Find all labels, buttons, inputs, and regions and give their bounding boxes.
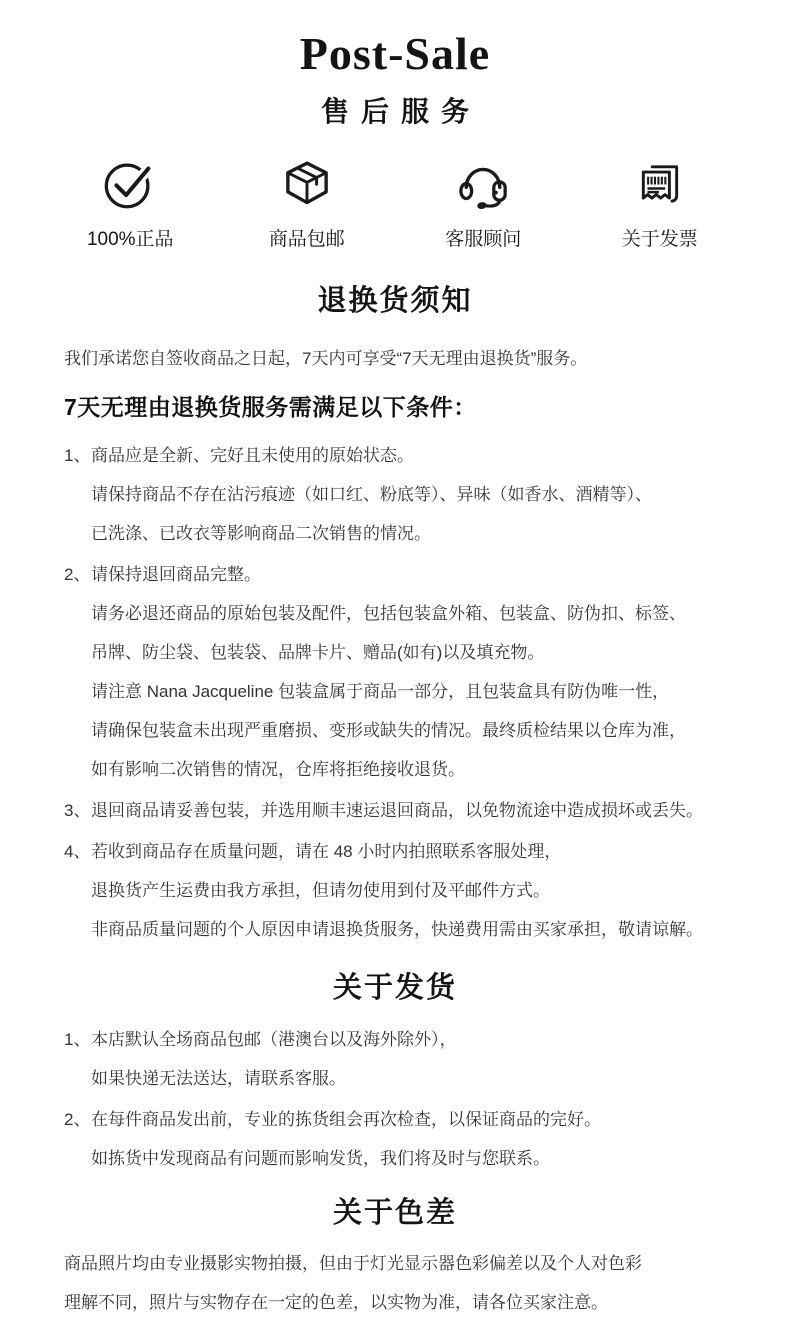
list-line: 请保持商品不存在沾污痕迹（如口红、粉底等）、异味（如香水、酒精等）、 (91, 475, 750, 514)
list-line: 如有影响二次销售的情况，仓库将拒绝接收退货。 (91, 750, 750, 789)
feature-label: 客服顾问 (445, 224, 521, 251)
color-difference-note: 商品照片均由专业摄影实物拍摄，但由于灯光显示器色彩偏差以及个人对色彩 理解不同，… (64, 1244, 750, 1321)
page-title-zh: 售后服务 (0, 90, 790, 130)
note-line: 商品照片均由专业摄影实物拍摄，但由于灯光显示器色彩偏差以及个人对色彩 (64, 1244, 750, 1283)
list-item: 2、 在每件商品发出前，专业的拣货组会再次检查，以保证商品的完好。 如拣货中发现… (64, 1100, 750, 1178)
list-line: 已洗涤、已改衣等影响商品二次销售的情况。 (91, 514, 750, 553)
list-item: 4、 若收到商品存在质量问题，请在 48 小时内拍照联系客服处理， 退换货产生运… (64, 832, 750, 949)
list-line: 商品应是全新、完好且未使用的原始状态。 (91, 436, 750, 475)
list-line: 若收到商品存在质量问题，请在 48 小时内拍照联系客服处理， (91, 832, 750, 871)
list-line: 非商品质量问题的个人原因申请退换货服务，快递费用需由买家承担，敬请谅解。 (91, 910, 750, 949)
feature-label: 关于发票 (622, 224, 698, 251)
feature-invoice: 关于发票 (572, 155, 749, 251)
list-item-number: 1、 (64, 436, 91, 553)
list-item-number: 1、 (64, 1020, 91, 1098)
feature-free-shipping: 商品包邮 (219, 155, 396, 251)
feature-row: 100%正品 商品包邮 (42, 155, 748, 251)
feature-label: 商品包邮 (269, 224, 345, 251)
shipping-list: 1、 本店默认全场商品包邮（港澳台以及海外除外）， 如果快递无法送达，请联系客服… (64, 1020, 750, 1178)
headset-icon (456, 155, 510, 213)
list-line: 如拣货中发现商品有问题而影响发货，我们将及时与您联系。 (91, 1139, 750, 1178)
package-icon (280, 155, 334, 213)
feature-support: 客服顾问 (395, 155, 572, 251)
list-item: 1、 本店默认全场商品包邮（港澳台以及海外除外）， 如果快递无法送达，请联系客服… (64, 1020, 750, 1098)
returns-heading: 退换货须知 (0, 278, 790, 319)
list-item-number: 3、 (64, 791, 91, 830)
color-difference-content: 商品照片均由专业摄影实物拍摄，但由于灯光显示器色彩偏差以及个人对色彩 理解不同，… (0, 1244, 790, 1321)
returns-content: 我们承诺您自签收商品之日起，7天内可享受“7天无理由退换货”服务。 7天无理由退… (0, 344, 790, 949)
page-title-en: Post-Sale (0, 30, 790, 78)
returns-conditions-title: 7天无理由退换货服务需满足以下条件： (64, 389, 750, 422)
list-line: 如果快递无法送达，请联系客服。 (91, 1059, 750, 1098)
list-line: 请注意 Nana Jacqueline 包装盒属于商品一部分，且包装盒具有防伪唯… (91, 672, 750, 711)
shipping-heading: 关于发货 (0, 965, 790, 1006)
returns-intro: 我们承诺您自签收商品之日起，7天内可享受“7天无理由退换货”服务。 (64, 344, 750, 369)
list-item-number: 2、 (64, 1100, 91, 1178)
list-item: 3、 退回商品请妥善包装，并选用顺丰速运退回商品，以免物流途中造成损坏或丢失。 (64, 791, 750, 830)
shipping-content: 1、 本店默认全场商品包邮（港澳台以及海外除外）， 如果快递无法送达，请联系客服… (0, 1020, 790, 1178)
returns-list: 1、 商品应是全新、完好且未使用的原始状态。 请保持商品不存在沾污痕迹（如口红、… (64, 436, 750, 949)
list-line: 请确保包装盒未出现严重磨损、变形或缺失的情况。最终质检结果以仓库为准， (91, 711, 750, 750)
list-item: 2、 请保持退回商品完整。 请务必退还商品的原始包装及配件，包括包装盒外箱、包装… (64, 555, 750, 789)
post-sale-page: Post-Sale 售后服务 100%正品 (0, 0, 790, 1321)
list-line: 退回商品请妥善包装，并选用顺丰速运退回商品，以免物流途中造成损坏或丢失。 (91, 791, 750, 830)
list-item: 1、 商品应是全新、完好且未使用的原始状态。 请保持商品不存在沾污痕迹（如口红、… (64, 436, 750, 553)
list-line: 本店默认全场商品包邮（港澳台以及海外除外）， (91, 1020, 750, 1059)
list-line: 吊牌、防尘袋、包装袋、品牌卡片、赠品(如有)以及填充物。 (91, 633, 750, 672)
list-line: 请保持退回商品完整。 (91, 555, 750, 594)
list-line: 请务必退还商品的原始包装及配件，包括包装盒外箱、包装盒、防伪扣、标签、 (91, 594, 750, 633)
color-difference-heading: 关于色差 (0, 1190, 790, 1231)
receipt-icon (635, 155, 685, 213)
list-line: 在每件商品发出前，专业的拣货组会再次检查，以保证商品的完好。 (91, 1100, 750, 1139)
list-line: 退换货产生运费由我方承担，但请勿使用到付及平邮件方式。 (91, 871, 750, 910)
feature-authentic: 100%正品 (42, 155, 219, 251)
check-circle-icon (101, 155, 159, 213)
list-item-number: 4、 (64, 832, 91, 949)
list-item-number: 2、 (64, 555, 91, 789)
feature-label: 100%正品 (87, 224, 174, 251)
note-line: 理解不同，照片与实物存在一定的色差，以实物为准，请各位买家注意。 (64, 1283, 750, 1321)
